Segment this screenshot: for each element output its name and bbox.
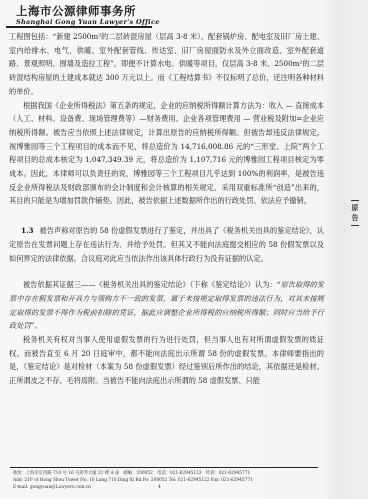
letterhead: 上海市公源律师事务所 Shanghai Gong Yuan Lawyer's O… <box>12 4 160 27</box>
section-text: 被告声称对原告的 58 份虚假发票进行了鉴定，并出具了《税务机关出具的鉴定结论》… <box>9 226 324 262</box>
page-number: 4 <box>158 484 161 491</box>
section-number: 1.3 <box>21 226 34 235</box>
margin-stamp: 原告 <box>351 200 359 226</box>
document-body: 工程图包括：“新建 2500m²的二层砖混房屋（层高 3-8 米）、配套锅炉房、… <box>9 30 324 388</box>
evidence-lead: 被告依据其证据三——《税务机关出具的鉴定结论》（下称《鉴定结论》）认为： <box>23 280 277 289</box>
footer-divider <box>10 467 318 468</box>
spacer <box>9 265 324 278</box>
firm-name-cn: 上海市公源律师事务所 <box>16 4 160 18</box>
paragraph-tax-authority: 税务机关有权对当事人使用虚假发票的行为进行处罚，但当事人也有对所谓虚假发票的质证… <box>9 333 324 388</box>
footer-address-cn: 地址：上海市定西路 710 号 16 号鸿寿大厦 21 楼 A 座 邮编：200… <box>13 470 323 477</box>
paragraph-project-scope: 工程图包括：“新建 2500m²的二层砖混房屋（层高 3-8 米）、配套锅炉房、… <box>9 30 324 99</box>
paragraph-section-1-3: 1.3被告声称对原告的 58 份虚假发票进行了鉴定，并出具了《税务机关出具的鉴定… <box>9 224 324 265</box>
spacer <box>9 208 324 224</box>
footer-email: E-mail: gongyuan@Lawyers.com.cn <box>13 484 323 491</box>
header-divider <box>6 26 152 28</box>
paragraph-tax-law: 根据我国《企业所得税法》第五条的规定，企业的应纳税所得额计算方法为：收入 — 直… <box>9 99 324 209</box>
footer-address-en: Add: 21F of Hong Shou Tower No. 16 Lang … <box>13 477 323 484</box>
document-page: 上海市公源律师事务所 Shanghai Gong Yuan Lawyer's O… <box>0 0 368 499</box>
footer: 地址：上海市定西路 710 号 16 号鸿寿大厦 21 楼 A 座 邮编：200… <box>13 470 323 491</box>
paragraph-evidence-three: 被告依据其证据三——《税务机关出具的鉴定结论》（下称《鉴定结论》）认为：“原告取… <box>9 278 324 333</box>
